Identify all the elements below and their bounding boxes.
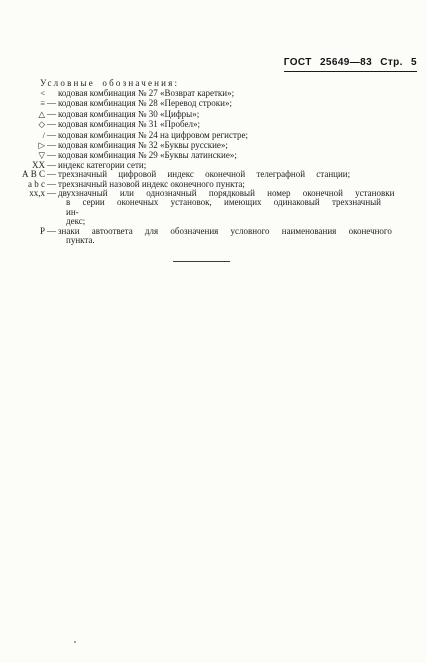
document-page: ГОСТ 25649—83 Стр. 5 Условные обозначени… <box>0 0 427 663</box>
dash: — <box>45 98 58 108</box>
section-divider <box>173 261 230 262</box>
legend-item-space: ◇ — кодовая комбинация № 31 «Пробел»; <box>0 119 416 129</box>
triple-bar-symbol: ≡ <box>0 98 45 108</box>
dash: — <box>45 119 58 129</box>
legend-item-text: кодовая комбинация № 28 «Перевод строки»… <box>58 98 416 108</box>
dash: — <box>45 130 58 140</box>
legend-item-carriage-return: < кодовая комбинация № 27 «Возврат карет… <box>0 88 416 98</box>
legend-item-text: кодовая комбинация № 30 «Цифры»; <box>58 109 416 119</box>
dash: — <box>45 109 58 119</box>
xxx-label: хх,х <box>0 189 45 198</box>
legend-item-text: кодовая комбинация № 32 «Буквы русские»; <box>58 140 416 150</box>
less-than-symbol: < <box>0 88 45 98</box>
slash-symbol: / <box>0 130 45 140</box>
legend-item-line-feed: ≡ — кодовая комбинация № 28 «Перевод стр… <box>0 98 416 108</box>
legend-item-figures: △ — кодовая комбинация № 30 «Цифры»; <box>0 109 416 119</box>
dash: — <box>45 227 58 236</box>
legend-item-russian-letters: ▷ — кодовая комбинация № 32 «Буквы русск… <box>0 140 416 150</box>
section-title: Условные обозначения: <box>40 78 179 88</box>
legend-item-text: двухзначный или однозначный порядковый н… <box>58 189 416 227</box>
legend-item-text: знаки автоответа для обозначения условно… <box>58 227 416 246</box>
page-header: ГОСТ 25649—83 Стр. 5 <box>284 52 417 72</box>
legend-item-text: кодовая комбинация № 24 на цифровом реги… <box>58 130 416 140</box>
triangle-up-symbol: △ <box>0 109 45 119</box>
legend-item-text: кодовая комбинация № 27 «Возврат каретки… <box>58 88 416 98</box>
legend-item-text: кодовая комбинация № 31 «Пробел»; <box>58 119 416 129</box>
scan-artifact-dot <box>74 641 76 643</box>
legend-list: < кодовая комбинация № 27 «Возврат карет… <box>0 88 416 246</box>
legend-item-figure-register: / — кодовая комбинация № 24 на цифровом … <box>0 130 416 140</box>
triangle-right-symbol: ▷ <box>0 140 45 150</box>
dash: — <box>45 189 58 198</box>
legend-item-serial-number: хх,х — двухзначный или однозначный поряд… <box>0 189 416 227</box>
dash: — <box>45 140 58 150</box>
standard-number-and-page: ГОСТ 25649—83 Стр. 5 <box>284 57 417 72</box>
legend-item-answerback: Р — знаки автоответа для обозначения усл… <box>0 227 416 246</box>
r-label: Р <box>0 227 45 236</box>
diamond-symbol: ◇ <box>0 119 45 129</box>
